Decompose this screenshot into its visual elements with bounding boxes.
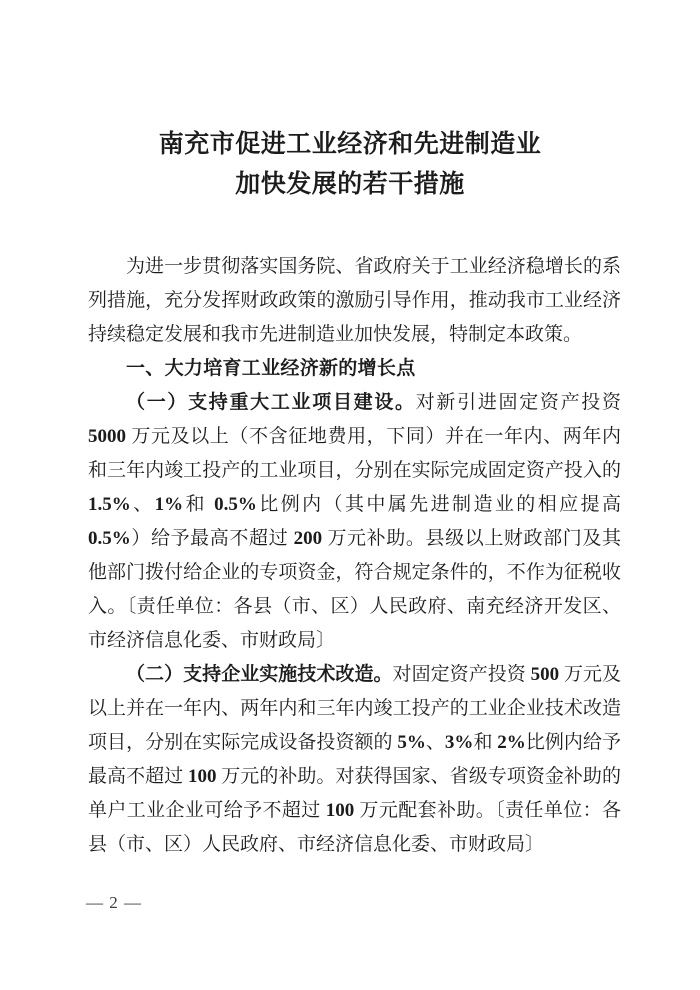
amount-value: 3% xyxy=(445,732,474,753)
text-run: ）给予最高不超过 xyxy=(131,528,294,549)
page-number: — 2 — xyxy=(86,893,142,913)
section-heading: 一、大力培育工业经济新的增长点 xyxy=(88,352,621,386)
amount-value: 5% xyxy=(397,732,426,753)
text-run: 万元配套补助。 xyxy=(354,800,495,821)
document-body: 为进一步贯彻落实国务院、省政府关于工业经济稳增长的系列措施，充分发挥财政政策的激… xyxy=(88,250,621,862)
text-run: 和 xyxy=(183,494,214,515)
text-run: 、 xyxy=(426,732,445,753)
text-run: 对固定资产投资 xyxy=(393,664,531,685)
title-line-2: 加快发展的若干措施 xyxy=(0,165,700,205)
amount-value: 200 xyxy=(294,528,323,549)
amount-value: 2% xyxy=(497,732,526,753)
item-2-lead: （二）支持企业实施技术改造。 xyxy=(126,664,393,685)
amount-value: 0.5% xyxy=(214,494,257,515)
amount-value: 5000 xyxy=(88,426,126,447)
text-run: 对新引进固定资产投资 xyxy=(416,392,621,413)
policy-item-2: （二）支持企业实施技术改造。对固定资产投资 500 万元及以上并在一年内、两年内… xyxy=(88,658,621,862)
responsibility-clause: 〔责任单位：各县（市、区）人民政府、南充经济开发区、市经济信息化委、市财政局〕 xyxy=(88,596,621,651)
intro-paragraph: 为进一步贯彻落实国务院、省政府关于工业经济稳增长的系列措施，充分发挥财政政策的激… xyxy=(88,250,621,352)
policy-item-1: （一）支持重大工业项目建设。对新引进固定资产投资 5000 万元及以上（不含征地… xyxy=(88,386,621,658)
text-run: 和 xyxy=(473,732,497,753)
item-1-lead: （一）支持重大工业项目建设。 xyxy=(126,392,416,413)
amount-value: 500 xyxy=(531,664,560,685)
text-run: 万元及以上（不含征地费用，下同）并在一年内、两年内和三年内竣工投产的工业项目，分… xyxy=(88,426,621,481)
amount-value: 0.5% xyxy=(88,528,131,549)
text-run: 、 xyxy=(131,494,155,515)
document-page: 南充市促进工业经济和先进制造业 加快发展的若干措施 为进一步贯彻落实国务院、省政… xyxy=(0,0,700,990)
amount-value: 1% xyxy=(155,494,184,515)
document-title: 南充市促进工业经济和先进制造业 加快发展的若干措施 xyxy=(0,125,700,205)
amount-value: 100 xyxy=(326,800,355,821)
title-line-1: 南充市促进工业经济和先进制造业 xyxy=(0,125,700,165)
amount-value: 1.5% xyxy=(88,494,131,515)
text-run: 比例内（其中属先进制造业的相应提高 xyxy=(257,494,621,515)
amount-value: 100 xyxy=(188,766,217,787)
